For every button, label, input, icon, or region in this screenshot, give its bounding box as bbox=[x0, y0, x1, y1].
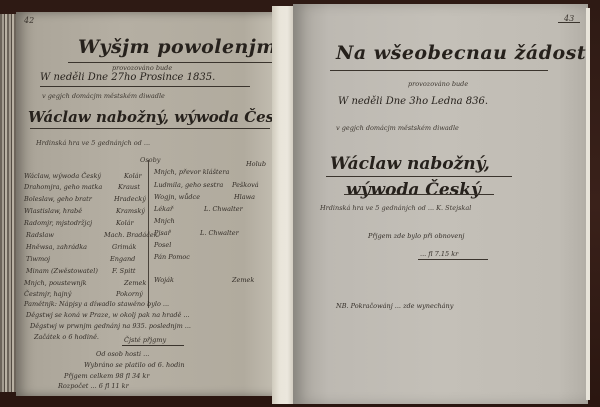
cast-actor: Kramský bbox=[116, 207, 145, 215]
play-title-underline-2 bbox=[344, 194, 494, 195]
right-page-edge bbox=[586, 8, 590, 400]
cast-role: Woják bbox=[154, 276, 174, 284]
right-receipt-amount: ... fl 7.15 kr bbox=[420, 250, 458, 258]
date-underline bbox=[40, 86, 250, 87]
cast-role: Hněwsa, zahrádka bbox=[26, 243, 87, 251]
cast-role: Pjsař bbox=[154, 229, 171, 237]
play-title-underline-1 bbox=[326, 176, 512, 177]
cast-role: Radslaw bbox=[26, 231, 54, 239]
note-line: Děgstwj w prwnjm gednánj na 935. posledn… bbox=[30, 322, 191, 330]
cast-actor: F. Spitt bbox=[112, 267, 136, 275]
note-line: Děgstwj se koná w Praze, w okolj pak na … bbox=[26, 311, 190, 319]
cast-role: Wogjn, wůdce bbox=[154, 193, 200, 201]
cast-role: Pán Pomoc bbox=[154, 253, 190, 261]
receipt-line: Rozpočet ... 6 fl 11 kr bbox=[58, 382, 129, 390]
page-fore-edge bbox=[272, 6, 294, 404]
left-subtitle-small: provozováno bude bbox=[112, 64, 172, 72]
cast-actor: Kraust bbox=[118, 183, 140, 191]
cast-header: Osoby bbox=[140, 156, 160, 164]
cast-role: Mnjch bbox=[154, 217, 175, 225]
cast-role: Mnjch, poustewnjk bbox=[24, 279, 87, 287]
cast-actor: L. Chwalter bbox=[204, 205, 243, 213]
receipt-line: Přjgem celkem 98 fl 34 kr bbox=[64, 372, 149, 380]
left-play-title: Wáclaw nabožný, wýwoda Český bbox=[28, 108, 293, 126]
note-line: Pamětnjk: Nápjsy a díwadlo stawěno bylo … bbox=[24, 300, 169, 308]
cast-role: Posel bbox=[154, 241, 171, 249]
right-play-title-1: Wáclaw nabožný, bbox=[330, 154, 490, 174]
receipts-heading: Čjsté přjgmy bbox=[124, 336, 166, 344]
cast-role: Čestmjr, hajný bbox=[24, 290, 71, 298]
cast-role: Minam (Zwěstowatel) bbox=[26, 267, 98, 275]
cast-role: Mnjch, převor kláštera bbox=[154, 168, 229, 176]
cast-role: Radomjr, mjstodržjcj bbox=[24, 219, 92, 227]
cast-actor: Hradecký bbox=[114, 195, 146, 203]
cast-actor: Mach. Bradáček bbox=[104, 231, 158, 239]
left-subtitle-line: Hrdinská hra ve 5 gednánjch od ... bbox=[36, 139, 150, 147]
cast-actor: Grimák bbox=[112, 243, 136, 251]
cast-role: Boleslaw, geho bratr bbox=[24, 195, 92, 203]
right-note: NB. Pokračowánj ... zde wynechány bbox=[336, 302, 453, 310]
cast-actor: Holub bbox=[246, 160, 266, 168]
left-venue-line: v gegjch domácjm městském diwadle bbox=[42, 92, 165, 100]
play-title-underline bbox=[30, 128, 270, 129]
page-number-underline bbox=[558, 22, 580, 23]
left-page-number: 42 bbox=[24, 16, 34, 25]
left-date-line: W neděli Dne 27ho Prosince 1835. bbox=[40, 72, 215, 83]
receipts-heading-underline bbox=[122, 345, 184, 346]
right-subtitle-line: Hrdinská hra ve 5 gednánjch od ... K. St… bbox=[320, 204, 471, 212]
right-venue-line: v gegjch domácjm městském diwadle bbox=[336, 124, 459, 132]
right-subtitle-small: provozováno bude bbox=[408, 80, 468, 88]
cast-actor: Kolár bbox=[116, 219, 134, 227]
cast-role: Ludmila, geho sestra bbox=[154, 181, 223, 189]
cast-actor: Pešková bbox=[232, 181, 259, 189]
left-page-title: Wyšjm powolenjm bbox=[78, 36, 277, 58]
cast-actor: L. Chwalter bbox=[200, 229, 239, 237]
cast-actor: Zemek bbox=[124, 279, 146, 287]
right-receipt-line: Přjgem zde bylo při obnovenj bbox=[368, 232, 464, 240]
receipt-line: Od osob hosti ... bbox=[96, 350, 149, 358]
cast-actor: Kolár bbox=[124, 172, 142, 180]
cast-actor: Engand bbox=[110, 255, 135, 263]
cast-role: Wáclaw, wýwoda Český bbox=[24, 172, 101, 180]
cast-role: Drahomjra, geho matka bbox=[24, 183, 102, 191]
cast-actor: Pokorný bbox=[116, 290, 143, 298]
cast-role: Wlastislaw, hrabě bbox=[24, 207, 82, 215]
cast-actor: Hlawa bbox=[234, 193, 255, 201]
title-underline bbox=[68, 62, 273, 63]
right-page-title: Na wšeobecnau žádost bbox=[336, 42, 586, 64]
cast-role: Lékař bbox=[154, 205, 173, 213]
right-play-title-2: wýwoda Český bbox=[346, 180, 481, 200]
cast-actor: Zemek bbox=[232, 276, 254, 284]
cast-role: Tiwmoj bbox=[26, 255, 50, 263]
receipt-line: Wybráno se platilo od 6. hodin bbox=[84, 361, 185, 369]
receipt-amount-underline bbox=[418, 259, 488, 260]
title-underline bbox=[330, 70, 548, 71]
note-line: Začátek o 6 hodině. bbox=[34, 333, 99, 341]
right-date-line: W neděli Dne 3ho Ledna 836. bbox=[338, 96, 488, 107]
